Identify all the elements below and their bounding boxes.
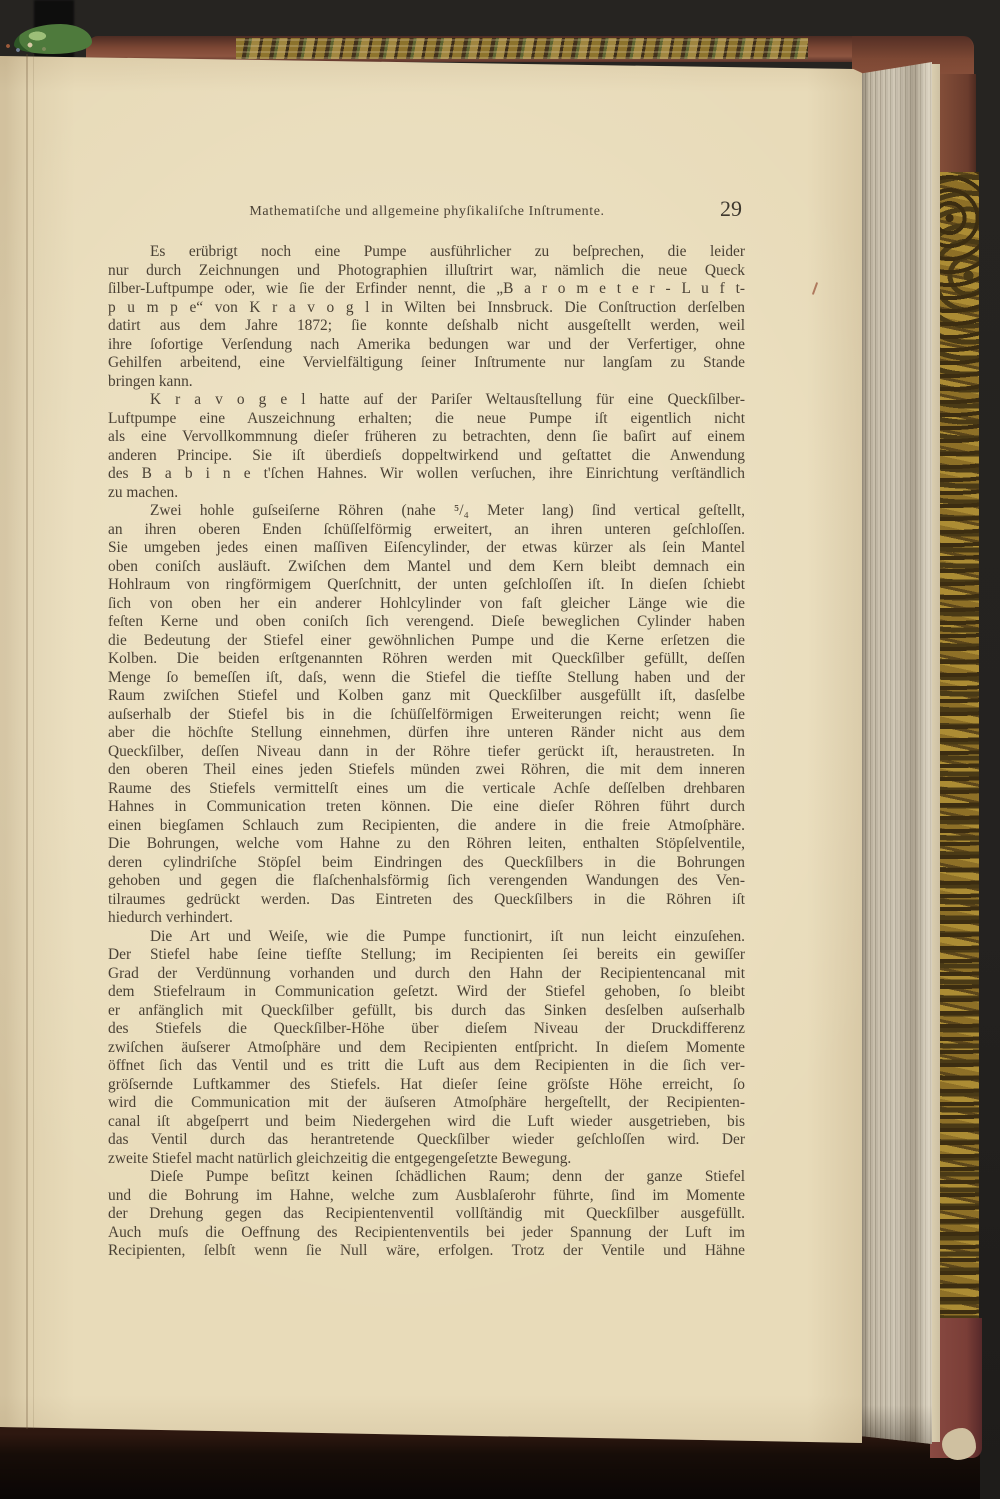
text-line: bringen kann. [108, 373, 745, 392]
text-line: datirt aus dem Jahre 1872; ſie konnte de… [108, 317, 745, 336]
text-line: Recipienten, ſelbſt wenn ſie Null wäre, … [108, 1242, 745, 1261]
text-line: ſich von oben her ein anderer Hohlcylind… [108, 595, 745, 614]
page-header: Mathematiſche und allgemeine phyſikaliſc… [110, 196, 744, 226]
paragraph: Zwei hohle guſseiſerne Röhren (nahe ⁵/₄ … [108, 502, 745, 928]
text-line: und die Bohrung im Hahne, welche zum Aus… [108, 1187, 745, 1206]
text-line: anderen Principe. Sie iſt überdieſs dopp… [108, 447, 745, 466]
text-line: Hohlraum von ringförmigem Querſchnitt, d… [108, 576, 745, 595]
running-header-title: Mathematiſche und allgemeine phyſikaliſc… [110, 204, 744, 220]
text-line: den oberen Theil eines jeden Stiefels mü… [108, 761, 745, 780]
paragraph: Es erübrigt noch eine Pumpe ausführliche… [108, 243, 745, 391]
paragraph: Dieſe Pumpe beſitzt keinen ſchädlichen R… [108, 1168, 745, 1261]
worn-leather-patch [942, 1428, 976, 1460]
text-line: Hahnes in Communication treten können. D… [108, 798, 745, 817]
text-line: p u m p e“ von K r a v o g l in Wilten b… [108, 299, 745, 318]
text-line: auſserhalb der Stiefel bis in die ſchüſſ… [108, 706, 745, 725]
text-line: Die Bohrungen, welche vom Hahne zu den R… [108, 835, 745, 854]
text-line: K r a v o g e l hatte auf der Pariſer We… [108, 391, 745, 410]
text-line: Menge ſo bemeſſen iſt, daſs, wenn die St… [108, 669, 745, 688]
text-line: er anfänglich mit Queckſilber gefüllt, b… [108, 1002, 745, 1021]
text-line: zu machen. [108, 484, 745, 503]
paragraph: Die Art und Weiſe, wie die Pumpe functio… [108, 928, 745, 1169]
text-line: Dieſe Pumpe beſitzt keinen ſchädlichen R… [108, 1168, 745, 1187]
text-line: Der Stiefel habe ſeine tiefſte Stellung;… [108, 946, 745, 965]
text-line: Raum zwiſchen Stiefel und Kolben ganz mi… [108, 687, 745, 706]
text-line: des B a b i n e t'ſchen Hahnes. Wir woll… [108, 465, 745, 484]
cover-side-leather [936, 74, 976, 176]
text-line: einen biegſamen Schlauch zum Recipienten… [108, 817, 745, 836]
text-line: deren cylindriſche Stöpſel beim Eindring… [108, 854, 745, 873]
text-line: Sie umgeben jedes einen maſſiven Eiſency… [108, 539, 745, 558]
fore-edge-page-block [858, 62, 932, 1444]
text-line: hiedurch verhindert. [108, 909, 745, 928]
text-line: der Drehung gegen das Recipientenventil … [108, 1205, 745, 1224]
text-line: Kolben. Die beiden erſtgenannten Röhren … [108, 650, 745, 669]
text-line: oben coniſch ausläuft. Zwiſchen dem Mant… [108, 558, 745, 577]
text-line: öffnet ſich das Ventil und es tritt die … [108, 1057, 745, 1076]
body-text: Es erübrigt noch eine Pumpe ausführliche… [108, 243, 745, 1261]
cover-side-marbled-board [937, 172, 979, 1324]
text-line: Gehilfen arbeitend, eine Vervielfältigun… [108, 354, 745, 373]
text-line: Die Art und Weiſe, wie die Pumpe functio… [108, 928, 745, 947]
text-line: ihre ſofortige Verſendung nach Amerika b… [108, 336, 745, 355]
text-line: feſten Kerne und oben coniſch ſich veren… [108, 613, 745, 632]
paragraph: K r a v o g e l hatte auf der Pariſer We… [108, 391, 745, 502]
text-line: an ihren oberen Enden ſchüſſelförmig erw… [108, 521, 745, 540]
gutter-fold-line [26, 54, 28, 1429]
text-line: Auch muſs die Oeffnung des Recipientenve… [108, 1224, 745, 1243]
text-line: ſilber-Luftpumpe oder, wie ſie der Erfin… [108, 280, 745, 299]
text-line: Zwei hohle guſseiſerne Röhren (nahe ⁵/₄ … [108, 502, 745, 521]
book-photo: Mathematiſche und allgemeine phyſikaliſc… [0, 0, 1000, 1499]
page-number: 29 [720, 196, 742, 222]
gutter-fold-line [33, 54, 34, 1429]
text-line: wird die Communication mit der äuſseren … [108, 1094, 745, 1113]
text-line: gröſsernde Luftkammer des Stiefels. Hat … [108, 1076, 745, 1095]
marbled-flecks [0, 36, 58, 56]
text-line: Luftpumpe eine Auszeichnung erhalten; di… [108, 410, 745, 429]
text-line: Raume des Stiefels vermittelſt eines um … [108, 780, 745, 799]
text-line: die Bedeutung der Stiefel einer gewöhnli… [108, 632, 745, 651]
text-line: nur durch Zeichnungen und Photographien … [108, 262, 745, 281]
text-line: aber die höchſte Stellung einnehmen, dür… [108, 724, 745, 743]
text-line: canal iſt abgeſperrt und beim Niedergehe… [108, 1113, 745, 1132]
text-line: zwiſchen äuſserer Atmoſphäre und dem Rec… [108, 1039, 745, 1058]
text-line: des Stiefels die Queckſilber-Höhe über d… [108, 1020, 745, 1039]
cover-top-marbled-edge [236, 38, 808, 59]
text-line: tilraumes gedrückt werden. Das Eintreten… [108, 891, 745, 910]
text-line: Queckſilber, deſſen Niveau dann in der R… [108, 743, 745, 762]
text-line: dem Stiefelraum in Communication geſetzt… [108, 983, 745, 1002]
text-line: Es erübrigt noch eine Pumpe ausführliche… [108, 243, 745, 262]
text-line: als eine Vervollkommnung dieſer früheren… [108, 428, 745, 447]
text-line: zweite Stiefel macht natürlich gleichzei… [108, 1150, 745, 1169]
text-line: Grad der Verdünnung vorhanden und durch … [108, 965, 745, 984]
text-line: das Ventil durch das herantretende Queck… [108, 1131, 745, 1150]
text-line: gehoben und gegen die flaſchenhalsförmig… [108, 872, 745, 891]
